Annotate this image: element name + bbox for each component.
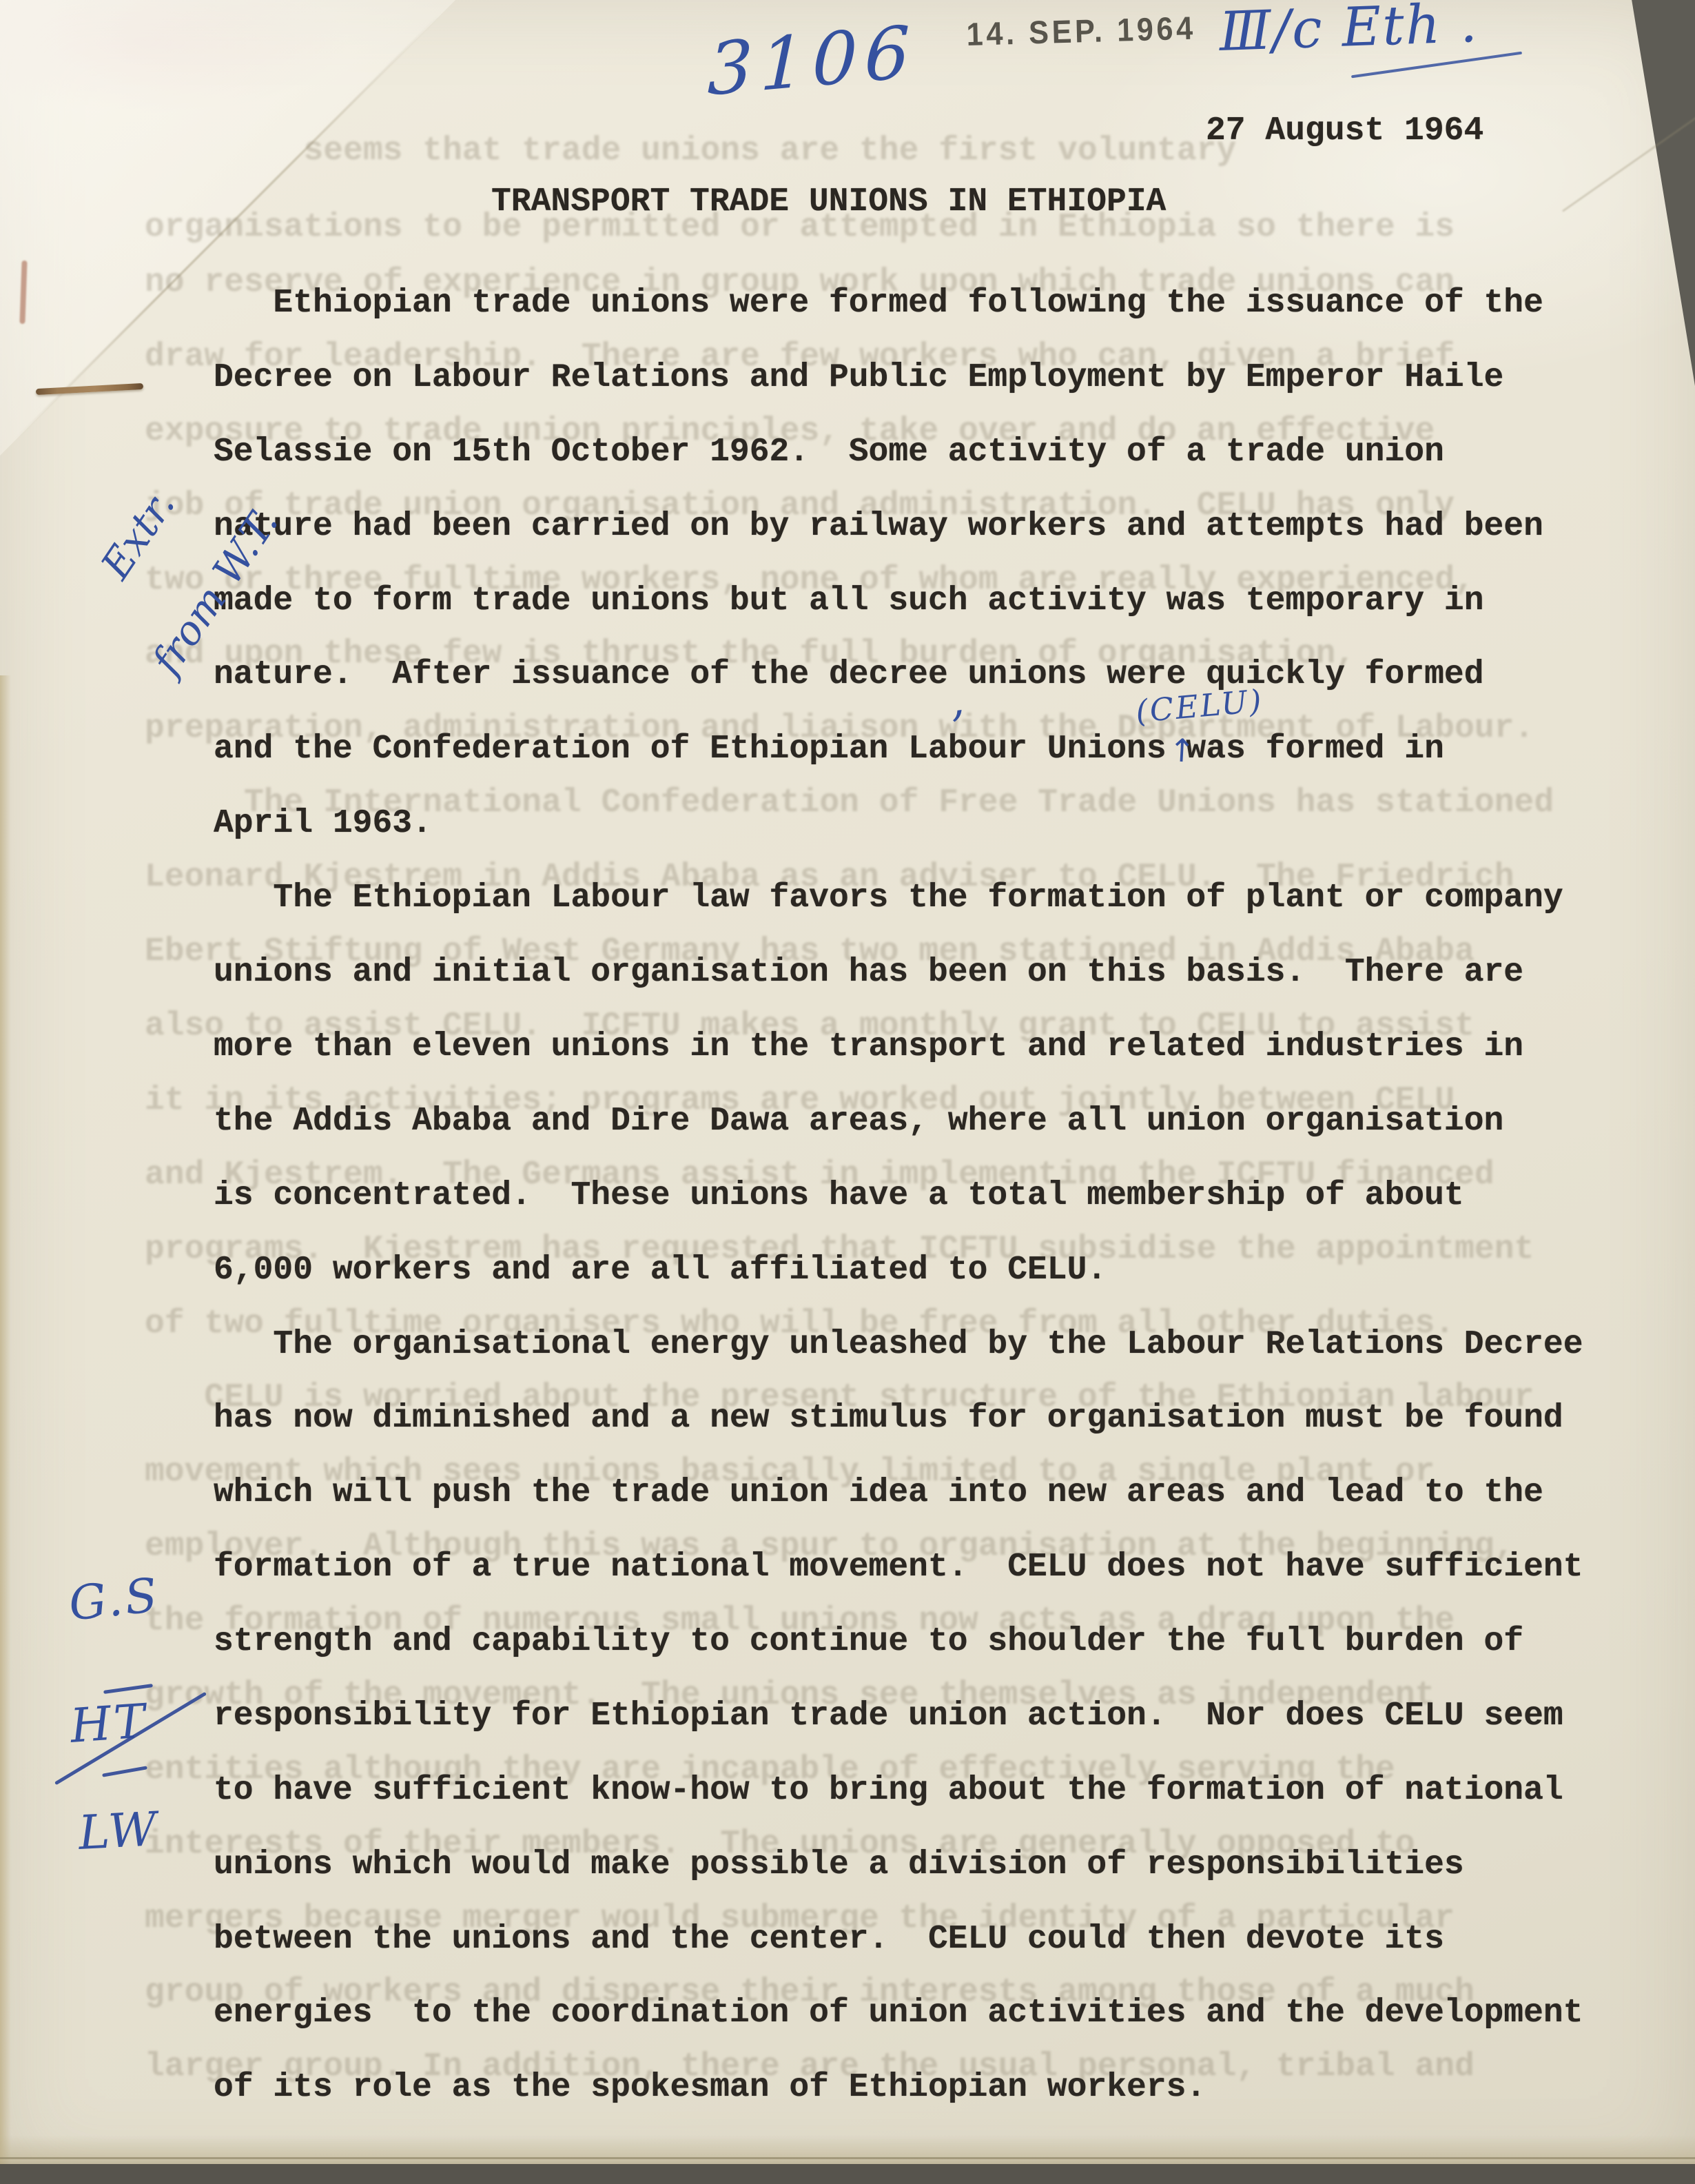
insertion-caret-arrow: ↑ <box>1168 731 1196 770</box>
date-received-stamp: 14. SEP. 1964 <box>966 9 1196 53</box>
typed-line: unions and initial organisation has been… <box>214 954 1523 991</box>
scanner-background-bottom <box>0 2164 1695 2184</box>
margin-initials-ht: HT <box>68 1694 150 1754</box>
scanned-document-page: seems that trade unions are the first vo… <box>0 0 1695 2184</box>
bottom-page-edge <box>0 2135 1695 2165</box>
typed-line: 6,000 workers and are all affiliated to … <box>214 1252 1107 1289</box>
typed-line: The organisational energy unleashed by t… <box>214 1326 1583 1363</box>
margin-initials-gs: G.S <box>66 1568 163 1631</box>
typed-line: April 1963. <box>214 805 432 842</box>
typed-line: which will push the trade union idea int… <box>214 1474 1543 1511</box>
typed-line: Selassie on 15th October 1962. Some acti… <box>214 433 1444 471</box>
typed-line: between the unions and the center. CELU … <box>214 1921 1444 1958</box>
typed-line: responsibility for Ethiopian trade union… <box>214 1697 1563 1735</box>
document-title: TRANSPORT TRADE UNIONS IN ETHIOPIA <box>491 183 1166 221</box>
typed-line: formation of a true national movement. C… <box>214 1549 1583 1586</box>
typed-line: is concentrated. These unions have a tot… <box>214 1177 1464 1214</box>
typed-line: unions which would make possible a divis… <box>214 1846 1464 1884</box>
typed-line: nature had been carried on by railway wo… <box>214 508 1543 545</box>
typed-line: energies to the coordination of union ac… <box>214 1994 1583 2032</box>
typed-line: has now diminished and a new stimulus fo… <box>214 1400 1563 1437</box>
margin-source-note-line1: Extr. <box>92 482 184 587</box>
typed-line: The Ethiopian Labour law favors the form… <box>214 879 1563 917</box>
typed-line: Ethiopian trade unions were formed follo… <box>214 285 1543 322</box>
handwritten-file-reference: Ⅲ/c Eth . <box>1218 0 1479 63</box>
typed-line: the Addis Ababa and Dire Dawa areas, whe… <box>214 1103 1503 1140</box>
typed-date: 27 August 1964 <box>1206 112 1483 150</box>
typed-line: made to form trade unions but all such a… <box>214 582 1484 620</box>
margin-initials-lw: LW <box>77 1802 161 1861</box>
typed-line: more than eleven unions in the transport… <box>214 1028 1523 1065</box>
bleedthrough-line: seems that trade unions are the first vo… <box>145 132 1236 170</box>
bottom-edge-line <box>0 2157 1695 2159</box>
typed-line: strength and capability to continue to s… <box>214 1623 1523 1660</box>
left-page-edge <box>0 675 11 2164</box>
typed-line: and the Confederation of Ethiopian Labou… <box>214 731 1444 768</box>
typed-line: Decree on Labour Relations and Public Em… <box>214 359 1503 396</box>
typed-line: nature. After issuance of the decree uni… <box>214 656 1484 693</box>
typed-line: to have sufficient know-how to bring abo… <box>214 1772 1563 1809</box>
typed-line: of its role as the spokesman of Ethiopia… <box>214 2069 1206 2106</box>
